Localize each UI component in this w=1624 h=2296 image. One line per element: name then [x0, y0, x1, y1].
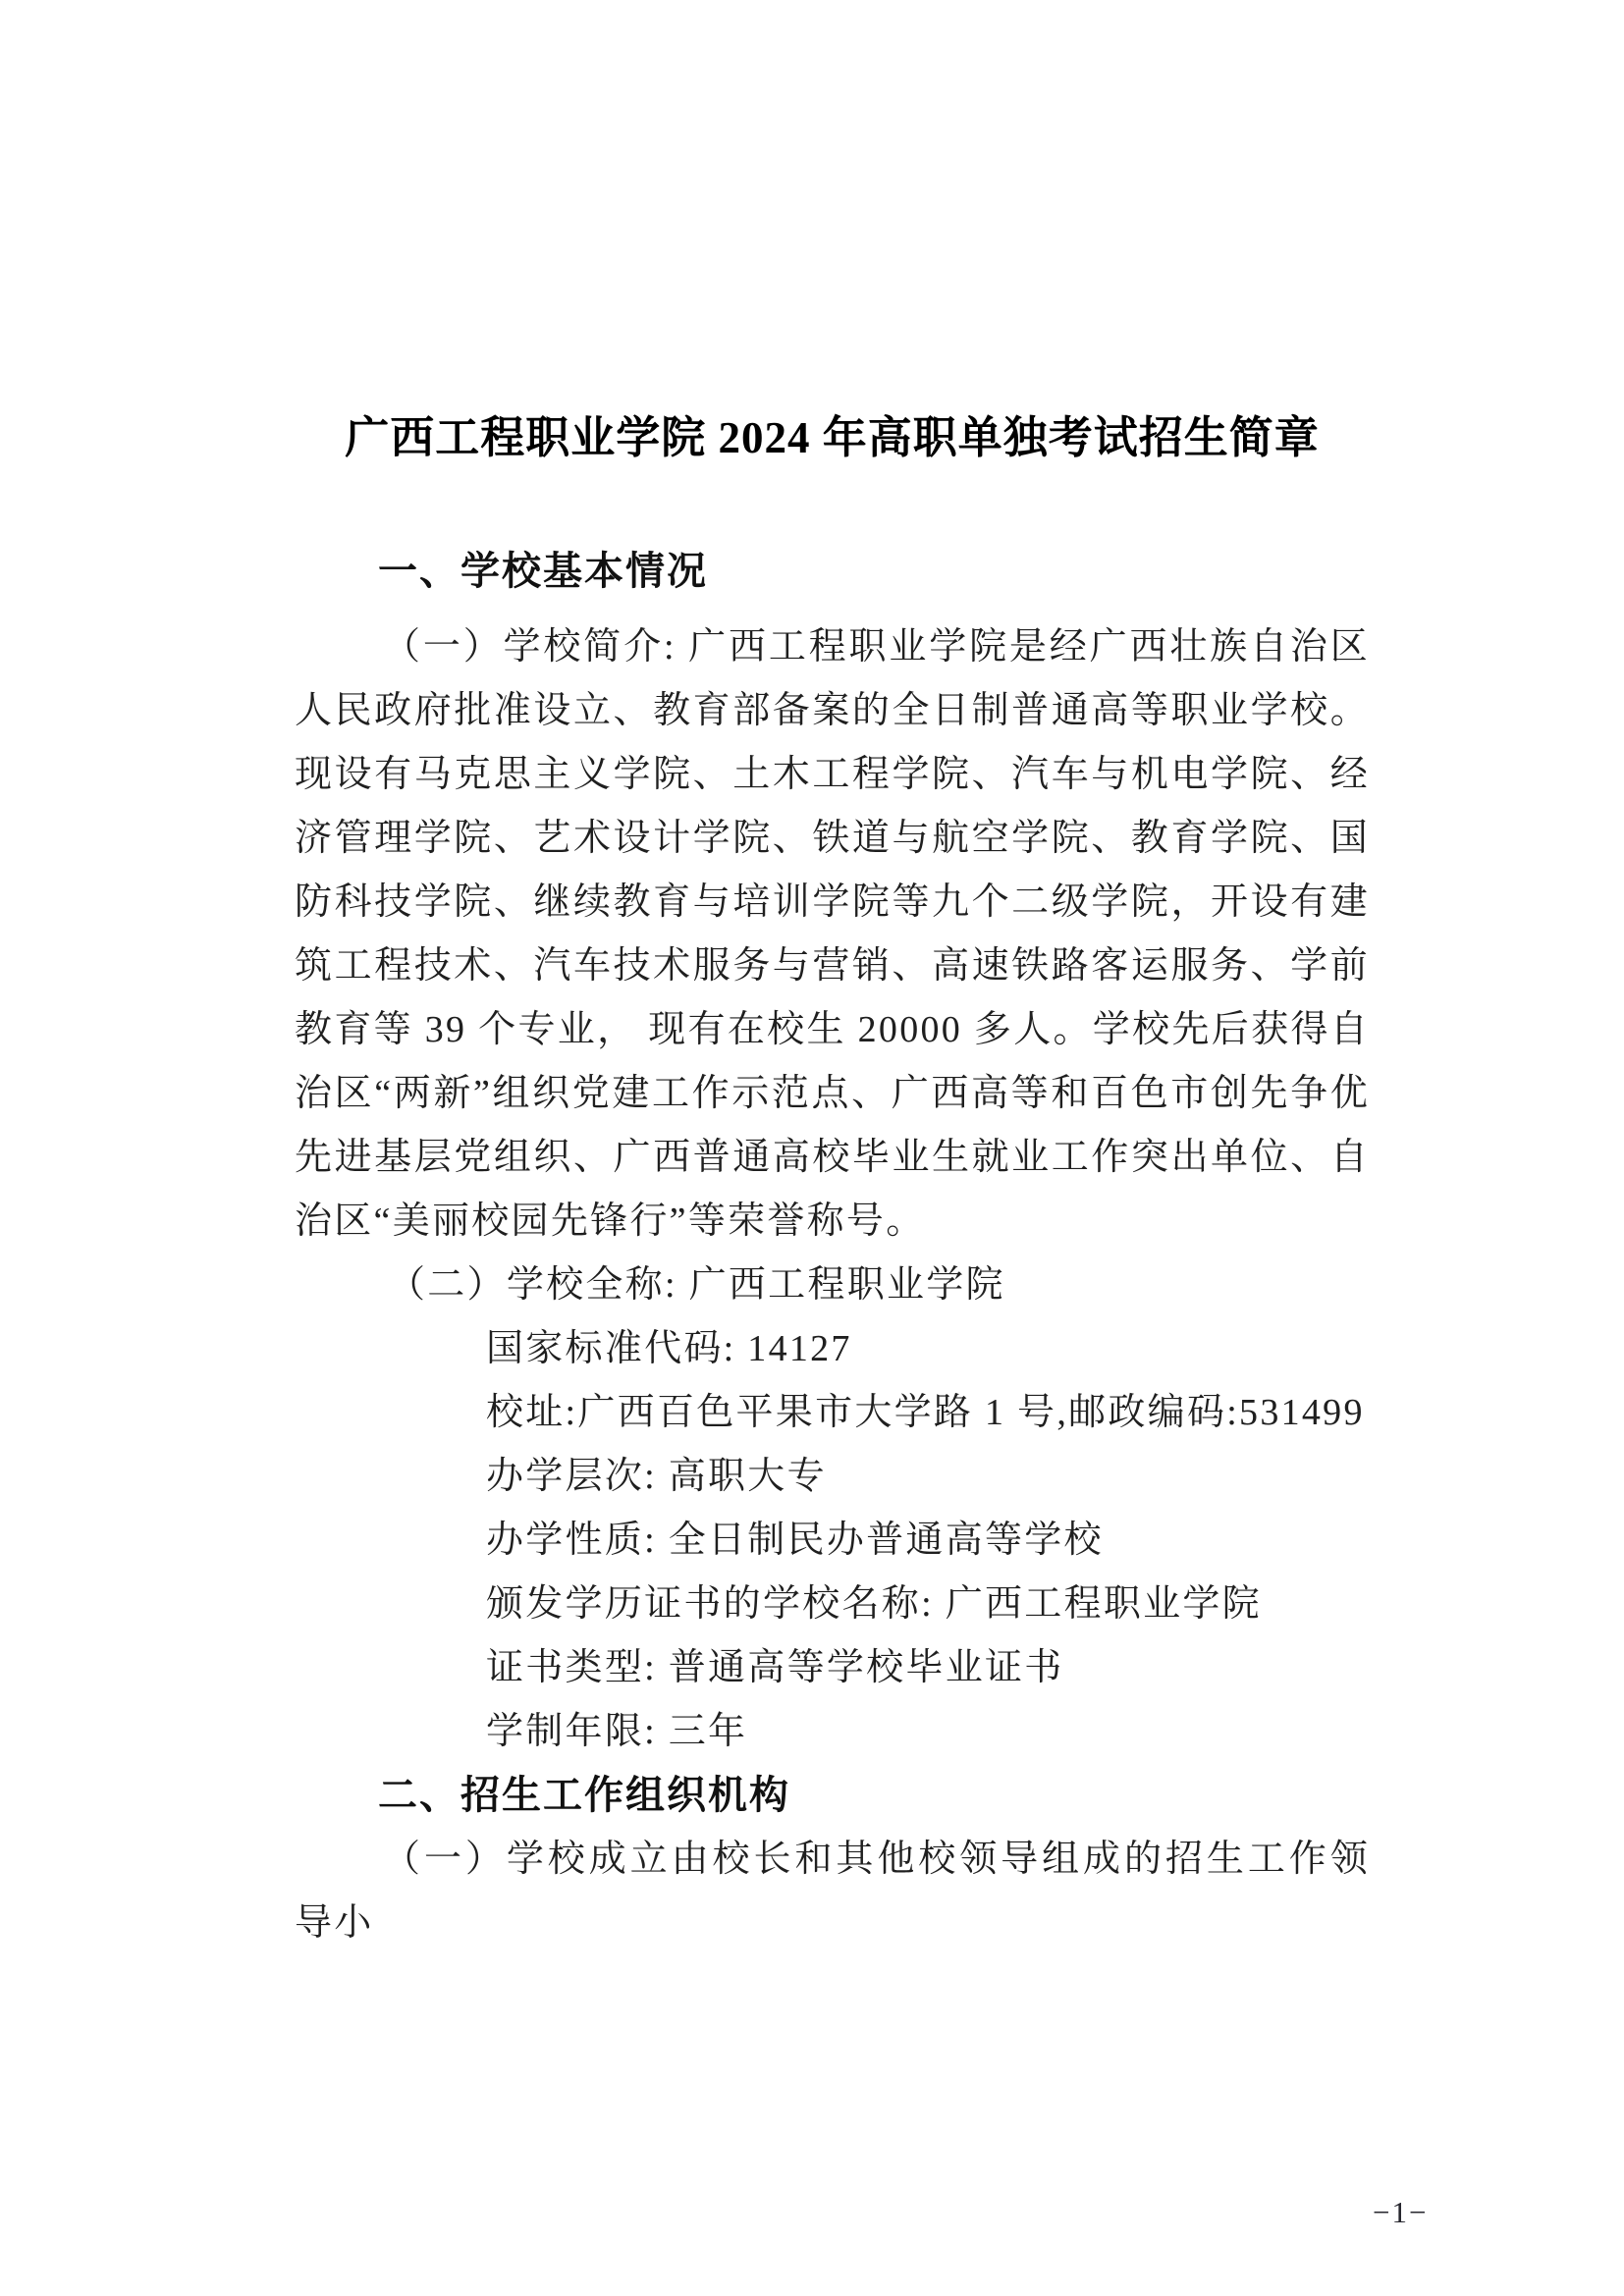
detail-line-diploma-school-name: 颁发学历证书的学校名称: 广西工程职业学院	[295, 1573, 1370, 1636]
line-school-full-name: （二）学校全称: 广西工程职业学院	[295, 1254, 1370, 1317]
section-heading-school-basic-info: 一、学校基本情况	[295, 540, 1370, 604]
detail-line-national-code: 国家标准代码: 14127	[295, 1317, 1370, 1381]
detail-line-study-duration: 学制年限: 三年	[295, 1700, 1370, 1764]
detail-line-education-level: 办学层次: 高职大专	[295, 1445, 1370, 1509]
page-number: −1−	[1373, 2195, 1428, 2230]
detail-line-address: 校址:广西百色平果市大学路 1 号,邮政编码:531499	[295, 1381, 1370, 1445]
paragraph-school-intro: （一）学校简介: 广西工程职业学院是经广西壮族自治区人民政府批准设立、教育部备案…	[295, 615, 1370, 1254]
detail-line-school-nature: 办学性质: 全日制民办普通高等学校	[295, 1509, 1370, 1573]
paragraph-admissions-leading-group: （一）学校成立由校长和其他校领导组成的招生工作领导小	[295, 1828, 1370, 1955]
document-title: 广西工程职业学院 2024 年高职单独考试招生简章	[295, 402, 1370, 473]
document-page: 广西工程职业学院 2024 年高职单独考试招生简章 一、学校基本情况 （一）学校…	[0, 0, 1624, 2296]
section-heading-admissions-organization: 二、招生工作组织机构	[295, 1764, 1370, 1828]
document-content: 广西工程职业学院 2024 年高职单独考试招生简章 一、学校基本情况 （一）学校…	[295, 402, 1370, 1955]
detail-line-certificate-type: 证书类型: 普通高等学校毕业证书	[295, 1636, 1370, 1700]
school-detail-list: 国家标准代码: 14127 校址:广西百色平果市大学路 1 号,邮政编码:531…	[295, 1317, 1370, 1764]
